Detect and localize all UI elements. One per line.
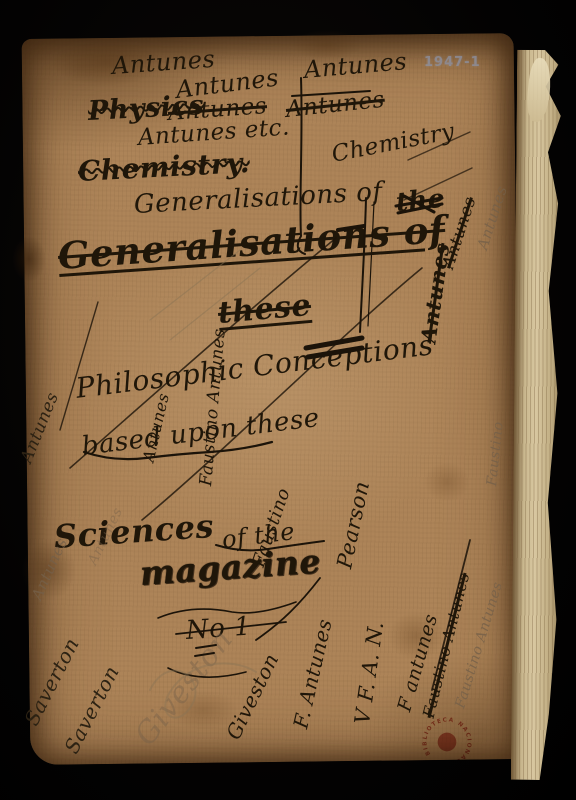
archive-number-stamp: 1947-1 [424, 55, 481, 70]
stamp-center-dot [434, 729, 460, 755]
page-edges [511, 50, 565, 780]
photograph-stage: Antunes Antunes Antunes Physics Antunes … [0, 0, 576, 800]
